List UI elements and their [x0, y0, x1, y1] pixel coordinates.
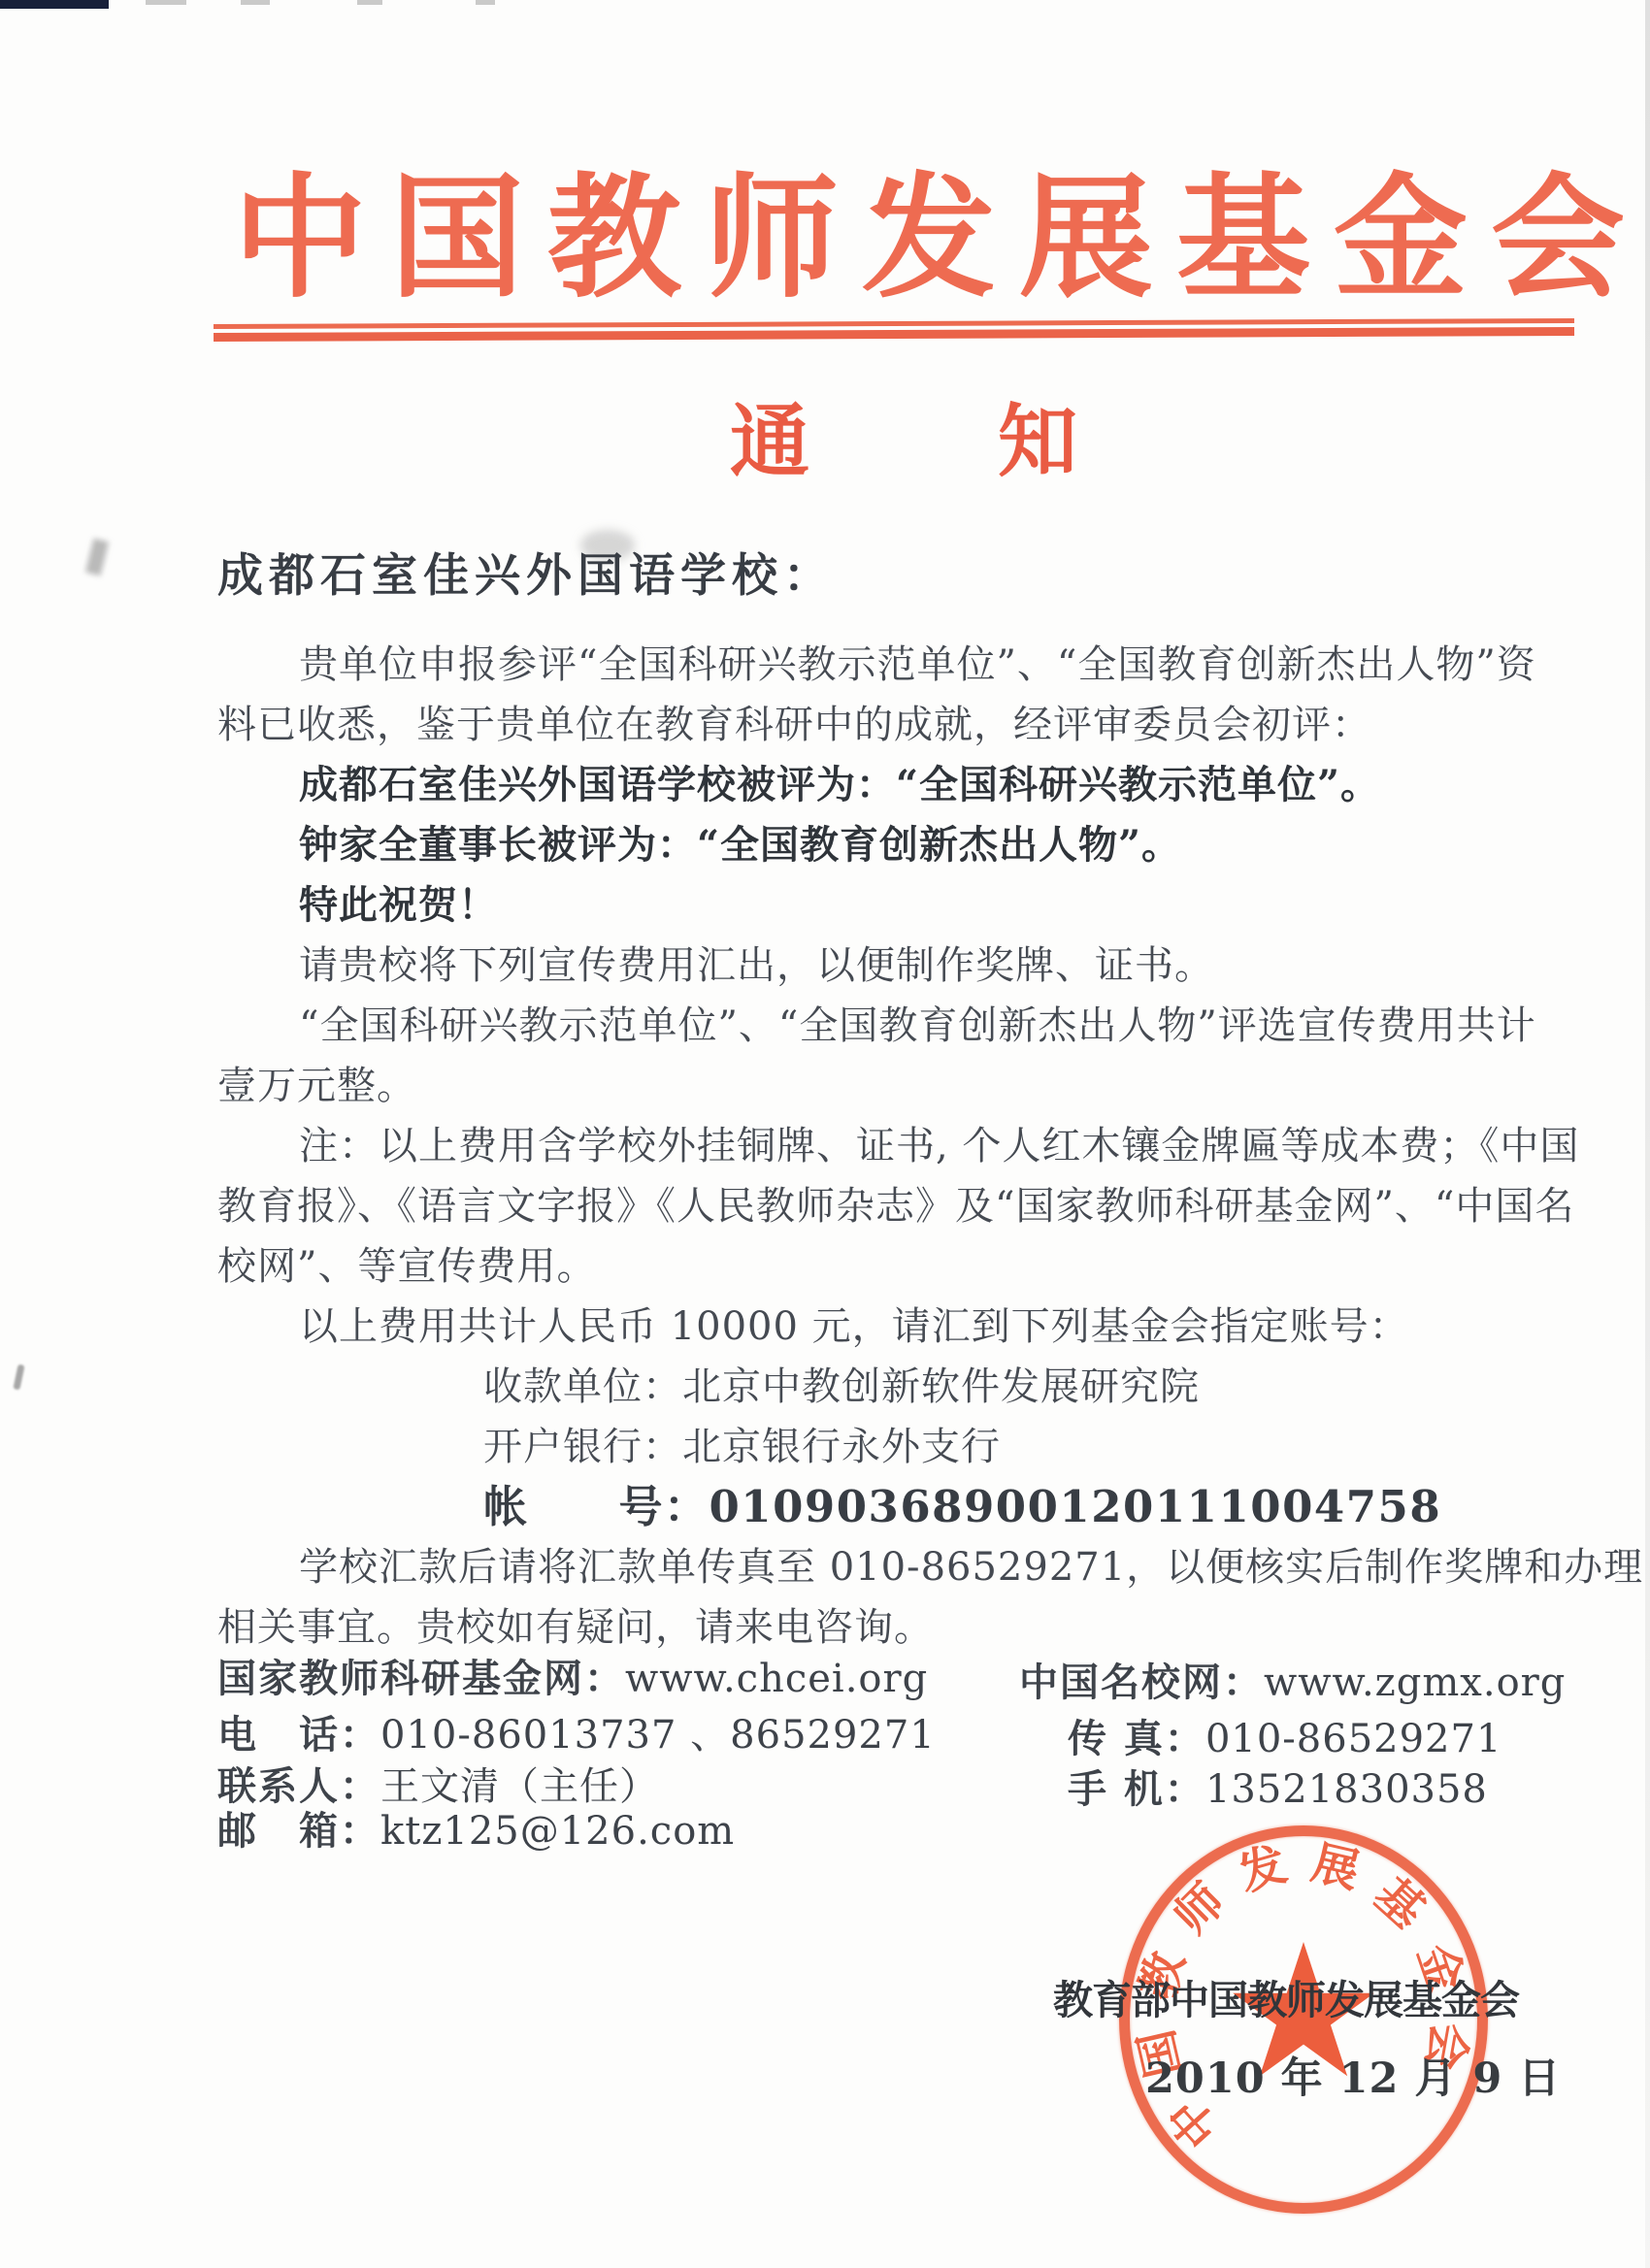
body-line-bank: 开户银行：北京银行永外支行 [217, 1417, 1537, 1477]
body-line-award-person: 钟家全董事长被评为：“全国教育创新杰出人物”。 [217, 815, 1537, 875]
scanned-notice-page: 中国教师发展基金会 通 知 成都石室佳兴外国语学校： 贵单位申报参评“全国科研兴… [0, 0, 1650, 2268]
issuer-signature: 教育部中国教师发展基金会 [1053, 1968, 1519, 2025]
contact-value: www.zgmx.org [1264, 1660, 1566, 1705]
contact-value: www.chcei.org [625, 1657, 928, 1701]
scan-artifact-dash [146, 0, 186, 5]
contact-row-person: 联系人：王文清（主任） [217, 1763, 659, 1810]
body-line: 教育报》、《语言文字报》《人民教师杂志》及“国家教师科研基金网”、“中国名 [217, 1176, 1537, 1236]
contact-row-phone: 电 话：010-86013737 、86529271 [217, 1712, 936, 1759]
contact-label: 国家教师科研基金网： [217, 1656, 625, 1701]
contact-row-email: 邮 箱：ktz125@126.com [217, 1808, 735, 1855]
contact-value: ktz125@126.com [380, 1809, 735, 1854]
letterhead-divider [214, 318, 1574, 342]
contact-label: 邮 箱： [217, 1808, 380, 1854]
contact-value: 13521830358 [1205, 1767, 1488, 1812]
body-line-congrats: 特此祝贺！ [217, 875, 1537, 936]
notice-body: 贵单位申报参评“全国科研兴教示范单位”、“全国教育创新杰出人物”资 料已收悉，鉴… [217, 635, 1537, 1658]
contact-row-school-site: 中国名校网：www.zgmx.org [1019, 1660, 1566, 1706]
body-line: 请贵校将下列宣传费用汇出，以便制作奖牌、证书。 [217, 936, 1537, 996]
contact-label: 联系人： [217, 1763, 380, 1809]
contact-label: 手 机： [1068, 1766, 1205, 1812]
contact-value: 010-86013737 、86529271 [380, 1713, 936, 1758]
body-line: 相关事宜。贵校如有疑问，请来电咨询。 [217, 1597, 1537, 1658]
body-line-amount: 以上费用共计人民币 10000 元，请汇到下列基金会指定账号： [217, 1297, 1537, 1357]
body-line-note: 注：以上费用含学校外挂铜牌、证书, 个人红木镶金牌匾等成本费；《中国 [217, 1116, 1537, 1176]
issue-date: 2010 年 12 月 9 日 [1145, 2046, 1561, 2105]
body-line: 料已收悉，鉴于贵单位在教育科研中的成就，经评审委员会初评： [217, 695, 1537, 755]
scan-artifact-dash [357, 0, 382, 5]
organization-title: 中国教师发展基金会 [233, 171, 1648, 305]
contact-label: 电 话： [217, 1712, 380, 1758]
contact-label: 传 真： [1068, 1716, 1205, 1761]
contact-row-mobile: 手 机：13521830358 [1068, 1766, 1488, 1813]
body-line-account-number: 帐 号：01090368900120111004758 [217, 1477, 1537, 1537]
contact-value: 王文清（主任） [380, 1764, 659, 1809]
scan-artifact-smudge [85, 539, 109, 576]
body-line-award-school: 成都石室佳兴外国语学校被评为：“全国科研兴教示范单位”。 [217, 755, 1537, 815]
body-line: 贵单位申报参评“全国科研兴教示范单位”、“全国教育创新杰出人物”资 [217, 635, 1537, 695]
body-line: 校网”、等宣传费用。 [217, 1236, 1537, 1297]
notice-title: 通 知 [730, 402, 1132, 481]
body-line-payee: 收款单位：北京中教创新软件发展研究院 [217, 1357, 1537, 1417]
recipient-line: 成都石室佳兴外国语学校： [217, 540, 835, 605]
body-line: “全国科研兴教示范单位”、“全国教育创新杰出人物”评选宣传费用共计 [217, 996, 1537, 1056]
scan-artifact-edge [1645, 0, 1650, 2268]
body-line: 壹万元整。 [217, 1056, 1537, 1116]
contact-label: 中国名校网： [1019, 1660, 1264, 1705]
contact-value: 010-86529271 [1205, 1717, 1501, 1761]
scan-artifact-mark [13, 1364, 24, 1391]
body-line: 学校汇款后请将汇款单传真至 010-86529271，以便核实后制作奖牌和办理 [217, 1537, 1537, 1597]
scan-artifact-top-bar [0, 0, 109, 9]
contact-row-fund-site: 国家教师科研基金网：www.chcei.org [217, 1656, 928, 1702]
contact-row-fax: 传 真：010-86529271 [1068, 1716, 1501, 1762]
scan-artifact-dash [476, 0, 495, 5]
scan-artifact-dash [241, 0, 270, 5]
